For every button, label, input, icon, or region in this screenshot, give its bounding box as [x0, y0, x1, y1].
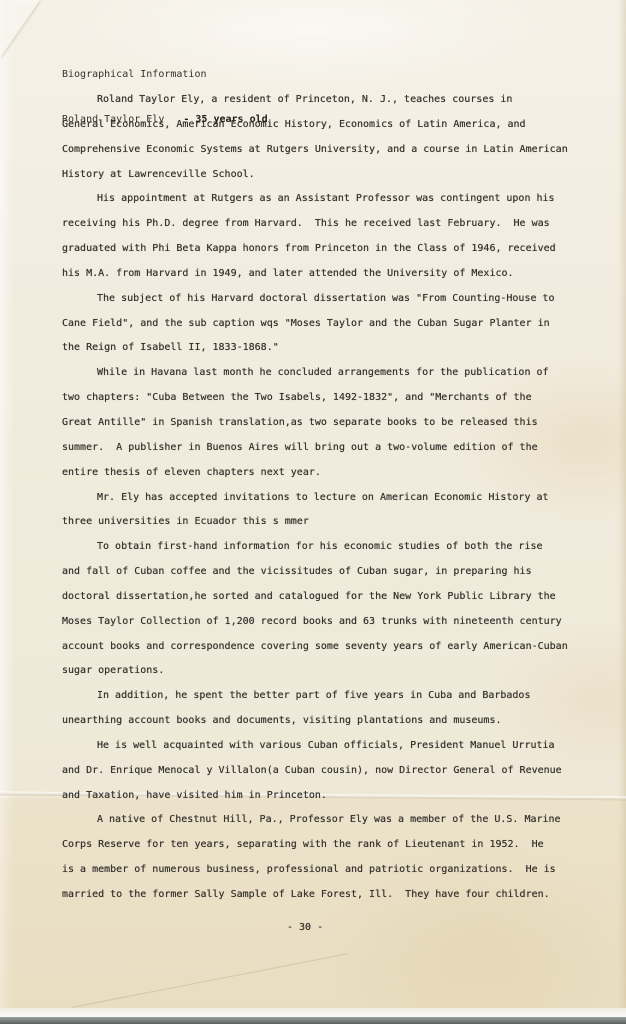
- text-line: entire thesis of eleven chapters next ye…: [62, 461, 584, 486]
- document-body: Roland Taylor Ely, a resident of Princet…: [62, 88, 584, 908]
- text-line: is a member of numerous business, profes…: [62, 858, 584, 883]
- text-line: Mr. Ely has accepted invitations to lect…: [62, 486, 584, 511]
- text-line: and Taxation, have visited him in Prince…: [62, 784, 584, 809]
- text-line: account books and correspondence coverin…: [62, 635, 584, 660]
- text-line: In addition, he spent the better part of…: [62, 684, 584, 709]
- text-line: two chapters: "Cuba Between the Two Isab…: [62, 386, 584, 411]
- text-line: graduated with Phi Beta Kappa honors fro…: [62, 237, 584, 262]
- page-number: - 30 -: [287, 922, 323, 933]
- text-line: He is well acquainted with various Cuban…: [62, 734, 584, 759]
- text-line: Great Antille" in Spanish translation,as…: [62, 411, 584, 436]
- text-line: married to the former Sally Sample of La…: [62, 883, 584, 908]
- text-line: sugar operations.: [62, 659, 584, 684]
- page-corner-fold: [0, 0, 40, 58]
- text-line: unearthing account books and documents, …: [62, 709, 584, 734]
- text-line: Cane Field", and the sub caption wqs "Mo…: [62, 312, 584, 337]
- scanned-page: Biographical Information Roland Taylor E…: [0, 0, 626, 1024]
- text-line: the Reign of Isabell II, 1833-1868.": [62, 336, 584, 361]
- text-line: A native of Chestnut Hill, Pa., Professo…: [62, 808, 584, 833]
- text-line: Moses Taylor Collection of 1,200 record …: [62, 610, 584, 635]
- text-line: doctoral dissertation,he sorted and cata…: [62, 585, 584, 610]
- text-line: summer. A publisher in Buenos Aires will…: [62, 436, 584, 461]
- text-line: receiving his Ph.D. degree from Harvard.…: [62, 212, 584, 237]
- text-line: his M.A. from Harvard in 1949, and later…: [62, 262, 584, 287]
- text-line: While in Havana last month he concluded …: [62, 361, 584, 386]
- scan-bottom-edge: [0, 1017, 626, 1024]
- text-line: History at Lawrenceville School.: [62, 163, 584, 188]
- bottom-crease: [72, 953, 347, 1007]
- text-line: General Economics, American Economic His…: [62, 113, 584, 138]
- text-line: His appointment at Rutgers as an Assista…: [62, 187, 584, 212]
- text-line: three universities in Ecuador this s mme…: [62, 510, 584, 535]
- text-line: Corps Reserve for ten years, separating …: [62, 833, 584, 858]
- text-line: Roland Taylor Ely, a resident of Princet…: [62, 88, 584, 113]
- scan-bottom-paper-edge: [0, 1008, 626, 1017]
- text-line: Comprehensive Economic Systems at Rutger…: [62, 138, 584, 163]
- text-line: and Dr. Enrique Menocal y Villalon(a Cub…: [62, 759, 584, 784]
- text-line: and fall of Cuban coffee and the vicissi…: [62, 560, 584, 585]
- header-title: Biographical Information: [62, 67, 268, 82]
- text-line: To obtain first-hand information for his…: [62, 535, 584, 560]
- text-line: The subject of his Harvard doctoral diss…: [62, 287, 584, 312]
